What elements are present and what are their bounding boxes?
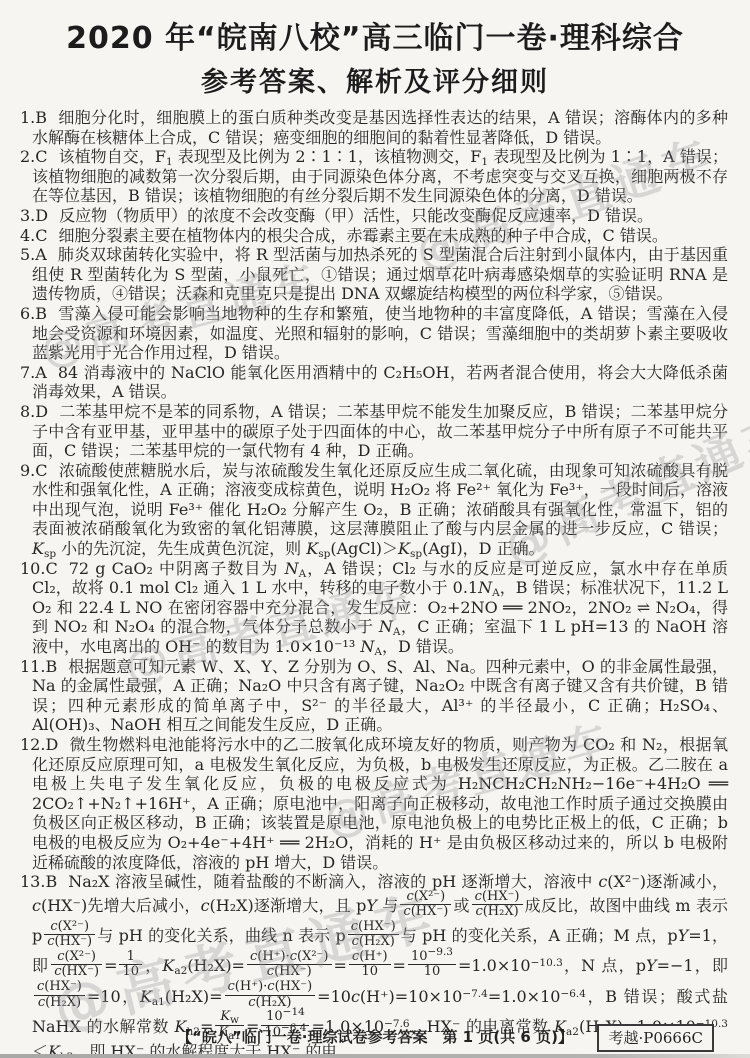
fraction: c(HX⁻)c(H₂X) (348, 920, 399, 950)
answer-item-text: 该植物自交，F1 表现型及比例为 2∶1∶1，该植物测交，F1 表现型及比例为 … (32, 147, 728, 205)
answer-item-label: 10.C (20, 559, 58, 578)
fraction: c(X²⁻)c(HX⁻) (44, 920, 95, 950)
fraction: c(HX⁻)c(H₂X) (34, 980, 85, 1010)
answer-item-label: 3.D (20, 206, 48, 225)
doc-title: 2020 年“皖南八校”高三临门一卷·理科综合 (10, 13, 740, 57)
answer-item-text: 二苯基甲烷不是苯的同系物，A 错误；二苯基甲烷不能发生加聚反应，B 错误；二苯基… (32, 402, 728, 460)
scan-edge-shadow (0, 1054, 750, 1058)
answer-item-label: 9.C (20, 461, 48, 480)
title-block: 2020 年“皖南八校”高三临门一卷·理科综合 参考答案、解析及评分细则 (0, 13, 750, 99)
answer-item-text: 84 消毒液中的 NaClO 能氧化医用酒精中的 C₂H₅OH，若两者混合使用，… (32, 363, 728, 402)
answer-item: 5.A肺炎双球菌转化实验中，将 R 型活菌与加热杀死的 S 型菌混合后注射到小鼠… (20, 245, 728, 304)
answer-item-text: 反应物（物质甲）的浓度不会改变酶（甲）活性，只能改变酶促反应速率，D 错误。 (59, 206, 653, 225)
answer-item: 6.B雪藻入侵可能会影响当地物种的生存和繁殖，使当地物种的丰富度降低，A 错误；… (20, 304, 728, 363)
answer-item-text: 72 g CaO₂ 中阴离子数目为 NA，A 错误；Cl₂ 与水的反应是可逆反应… (32, 559, 728, 656)
answer-item: 7.A84 消毒液中的 NaClO 能氧化医用酒精中的 C₂H₅OH，若两者混合… (20, 363, 728, 402)
answer-item-text: 根据题意可知元素 W、X、Y、Z 分别为 O、S、Al、Na。四种元素中，O 的… (32, 657, 728, 735)
answer-item-text: 微生物燃料电池能将污水中的乙二胺氧化成环境友好的物质，则产物为 CO₂ 和 N₂… (32, 735, 728, 872)
answer-item-label: 1.B (20, 108, 47, 127)
answer-item: 12.D微生物燃料电池能将污水中的乙二胺氧化成环境友好的物质，则产物为 CO₂ … (20, 735, 728, 872)
answer-item-label: 2.C (20, 147, 48, 166)
answer-item: 1.B细胞分化时，细胞膜上的蛋白质种类改变是基因选择性表达的结果，A 错误；溶酶… (20, 108, 728, 147)
answer-item: 3.D反应物（物质甲）的浓度不会改变酶（甲）活性，只能改变酶促反应速率，D 错误… (20, 206, 728, 226)
answer-item-label: 5.A (20, 245, 47, 264)
answer-item: 4.C细胞分裂素主要在植物体内的根尖合成，赤霉素主要在未成熟的种子中合成，C 错… (20, 226, 728, 246)
answer-item-text: 雪藻入侵可能会影响当地物种的生存和繁殖，使当地物种的丰富度降低，A 错误；雪藻在… (32, 304, 728, 362)
fraction: c(X²⁻)c(HX⁻) (51, 950, 102, 980)
fraction: c(HX⁻)c(H₂X) (472, 890, 523, 920)
answer-item: 11.B根据题意可知元素 W、X、Y、Z 分别为 O、S、Al、Na。四种元素中… (20, 657, 728, 735)
page: @高考直通车 @高考直通车 @高考直通车 @高考直通车 @高考直通车 @高考直通… (0, 0, 750, 1058)
answer-item: 8.D二苯基甲烷不是苯的同系物，A 错误；二苯基甲烷不能发生加聚反应，B 错误；… (20, 402, 728, 461)
answer-item: 10.C72 g CaO₂ 中阴离子数目为 NA，A 错误；Cl₂ 与水的反应是… (20, 559, 728, 657)
fraction: 110 (119, 950, 142, 980)
answer-item-text: 浓硫酸使蔗糖脱水后，炭与浓硫酸发生氧化还原反应生成二氧化硫，由现象可知浓硫酸具有… (32, 461, 728, 558)
answer-item-label: 7.A (20, 363, 47, 382)
publisher-stamp: 考越·P0666C (597, 1024, 714, 1052)
answer-item-text: 细胞分化时，细胞膜上的蛋白质种类改变是基因选择性表达的结果，A 错误；溶酶体内的… (32, 108, 728, 147)
answer-item-label: 12.D (20, 735, 58, 754)
fraction: c(H⁺)·c(X²⁻)c(HX⁻) (247, 950, 332, 980)
answer-item-label: 6.B (20, 304, 47, 323)
answer-item-label: 13.B (20, 872, 57, 891)
answer-item-text: 细胞分裂素主要在植物体内的根尖合成，赤霉素主要在未成熟的种子中合成，C 错误。 (59, 226, 668, 245)
answer-item: 2.C该植物自交，F1 表现型及比例为 2∶1∶1，该植物测交，F1 表现型及比… (20, 147, 728, 206)
answer-item-label: 4.C (20, 226, 48, 245)
doc-subtitle: 参考答案、解析及评分细则 (0, 60, 750, 99)
answer-item-text: 肺炎双球菌转化实验中，将 R 型活菌与加热杀死的 S 型菌混合后注射到小鼠体内，… (32, 245, 728, 303)
fraction: c(X²⁻)c(HX⁻) (400, 890, 451, 920)
answer-item: 9.C浓硫酸使蔗糖脱水后，炭与浓硫酸发生氧化还原反应生成二氧化硫，由现象可知浓硫… (20, 461, 728, 559)
fraction: c(H⁺)10 (349, 950, 391, 980)
answer-item-label: 8.D (20, 402, 48, 421)
fraction: 10−9.310 (408, 950, 456, 980)
answer-list: 1.B细胞分化时，细胞膜上的蛋白质种类改变是基因选择性表达的结果，A 错误；溶酶… (20, 108, 728, 1058)
answer-item-label: 11.B (20, 657, 57, 676)
